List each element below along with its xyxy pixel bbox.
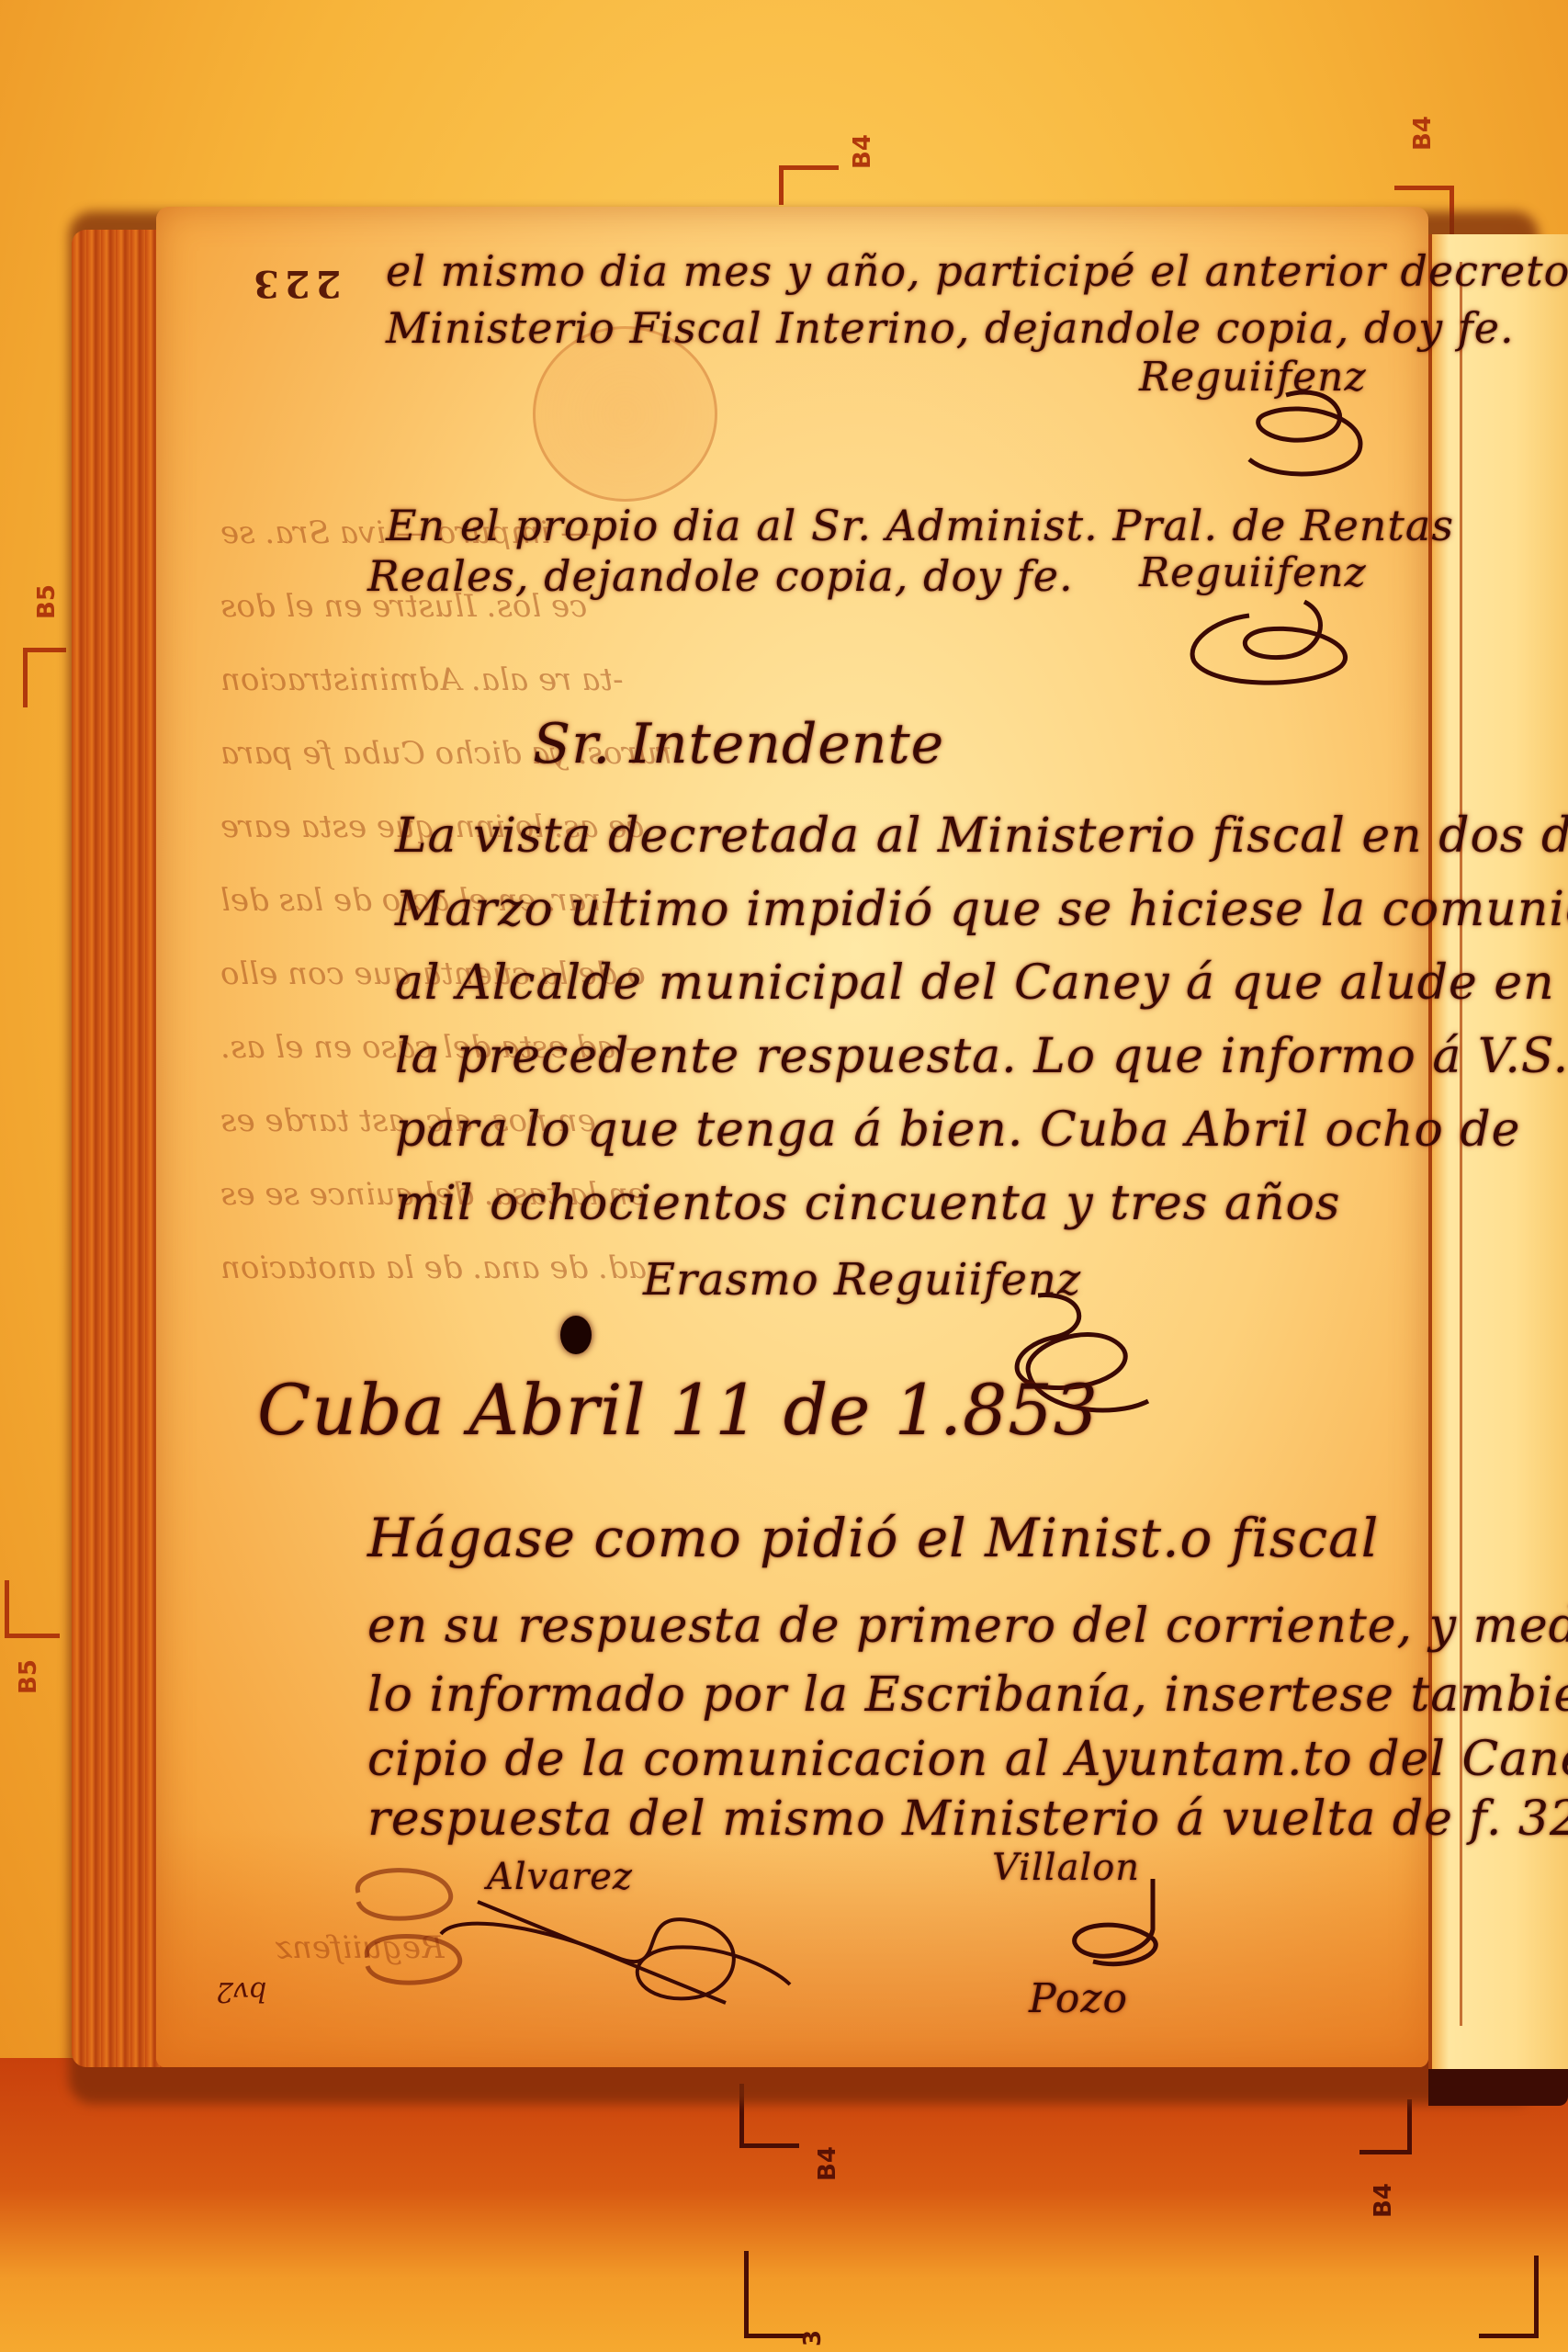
entry-4-line-3: lo informado por la Escribanía, insertes… [367, 1668, 1568, 1723]
bleed-through-text: -ta re ala. Administracion [220, 661, 624, 698]
crop-mark-bottom-right-lower [1479, 2256, 1539, 2338]
entry-4-heading: Cuba Abril 11 de 1.853 [257, 1369, 1099, 1451]
book-spine-shadow [1428, 2069, 1568, 2106]
entry-3-line-4: la precedente respuesta. Lo que informo … [395, 1029, 1568, 1084]
crop-label-bottom-right: B4 [1370, 2183, 1397, 2218]
ink-blot [560, 1316, 592, 1354]
entry-4-line-1: Hágase como pidió el Minist.o fiscal [367, 1507, 1379, 1569]
crop-mark-top-center [779, 165, 839, 205]
crop-mark-bottom-right [1359, 2099, 1412, 2154]
entry-3-line-3: al Alcalde municipal del Caney á que alu… [395, 955, 1555, 1011]
rubric-flourish-alvarez [423, 1893, 827, 2012]
crop-label-left-lower: B5 [15, 1659, 42, 1694]
entry-3-heading: Sr. Intendente [533, 712, 944, 776]
entry-3-line-6: mil ochocientos cincuenta y tres años [395, 1176, 1340, 1231]
entry-3-line-1: La vista decretada al Ministerio fiscal … [395, 808, 1568, 864]
rubric-flourish-2 [1176, 597, 1378, 698]
entry-4-line-5: respuesta del mismo Ministerio á vuelta … [367, 1792, 1568, 1847]
bleed-through-text: ad. de ana. de la anotacion [220, 1249, 647, 1286]
crop-label-top-right: B4 [1409, 116, 1437, 151]
entry-1-line-2: Ministerio Fiscal Interino, dejandole co… [386, 303, 1515, 353]
entry-4-line-2: en su respuesta de primero del corriente… [367, 1599, 1568, 1654]
entry-3-line-5: para lo que tenga á bien. Cuba Abril och… [395, 1102, 1520, 1158]
entry-2-signature: Reguiifenz [1139, 549, 1367, 596]
crop-label-left-upper: B5 [33, 584, 61, 619]
rubric-flourish-1 [1222, 386, 1387, 487]
crop-mark-left-lower [5, 1580, 60, 1638]
folio-number: 223 [248, 262, 342, 305]
bottom-corner-mark: bv2 [216, 1975, 266, 2007]
crop-mark-bottom-center-lower [744, 2251, 804, 2338]
entry-1-line-1: el mismo dia mes y año, participé el ant… [386, 246, 1568, 296]
rubric-flourish-villalon [1066, 1874, 1176, 1975]
signature-pozo: Pozo [1029, 1975, 1128, 2022]
entry-4-line-4: cipio de la comunicacion al Ayuntam.to d… [367, 1732, 1568, 1787]
entry-2-line-1: En el propio dia al Sr. Administ. Pral. … [386, 501, 1454, 550]
entry-3-line-2: Marzo ultimo impidió que se hiciese la c… [395, 882, 1568, 937]
entry-2-line-2: Reales, dejandole copia, doy fe. [367, 551, 1074, 601]
crop-mark-left-upper [23, 648, 66, 707]
crop-label-bottom-center-lower: 3 [799, 2330, 827, 2346]
crop-label-bottom-center: B4 [814, 2146, 841, 2181]
rubric-flourish-left [340, 1856, 478, 2003]
crop-label-top-center: B4 [849, 134, 876, 169]
